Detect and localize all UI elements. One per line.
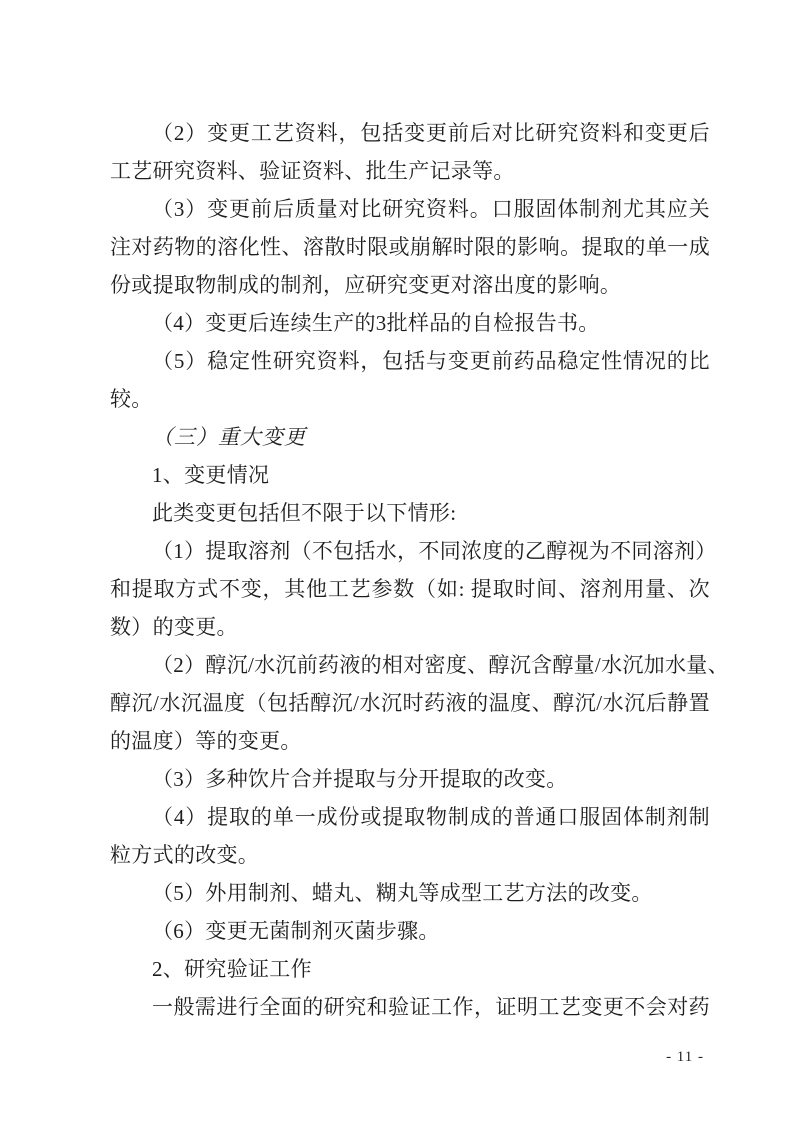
text-line: （1）提取溶剂（不包括水，不同浓度的乙醇视为不同溶剂） [110, 532, 710, 570]
text-line: 工艺研究资料、验证资料、批生产记录等。 [110, 152, 710, 190]
paragraph: （2）醇沉/水沉前药液的相对密度、醇沉含醇量/水沉加水量、醇沉/水沉温度（包括醇… [110, 646, 710, 760]
paragraph: 1、变更情况 [110, 456, 710, 494]
paragraph: （2）变更工艺资料，包括变更前后对比研究资料和变更后工艺研究资料、验证资料、批生… [110, 114, 710, 190]
paragraph: （4）提取的单一成份或提取物制成的普通口服固体制剂制粒方式的改变。 [110, 798, 710, 874]
section-heading: （三）重大变更 [110, 418, 710, 456]
text-line: 此类变更包括但不限于以下情形: [110, 494, 710, 532]
text-line: 注对药物的溶化性、溶散时限或崩解时限的影响。提取的单一成 [110, 228, 710, 266]
text-line: 1、变更情况 [110, 456, 710, 494]
text-line: （6）变更无菌制剂灭菌步骤。 [110, 912, 710, 950]
text-line: 粒方式的改变。 [110, 836, 710, 874]
paragraph: 一般需进行全面的研究和验证工作，证明工艺变更不会对药 [110, 988, 710, 1026]
page-number: - 11 - [666, 1047, 704, 1067]
paragraph: （3）变更前后质量对比研究资料。口服固体制剂尤其应关注对药物的溶化性、溶散时限或… [110, 190, 710, 304]
text-line: （3）多种饮片合并提取与分开提取的改变。 [110, 760, 710, 798]
document-body: （2）变更工艺资料，包括变更前后对比研究资料和变更后工艺研究资料、验证资料、批生… [110, 114, 710, 1026]
text-line: （5）外用制剂、蜡丸、糊丸等成型工艺方法的改变。 [110, 874, 710, 912]
paragraph: 2、研究验证工作 [110, 950, 710, 988]
paragraph: 此类变更包括但不限于以下情形: [110, 494, 710, 532]
text-line: （三）重大变更 [110, 418, 710, 456]
text-line: （3）变更前后质量对比研究资料。口服固体制剂尤其应关 [110, 190, 710, 228]
document-page: （2）变更工艺资料，包括变更前后对比研究资料和变更后工艺研究资料、验证资料、批生… [0, 0, 800, 1131]
paragraph: （4）变更后连续生产的3批样品的自检报告书。 [110, 304, 710, 342]
paragraph: （3）多种饮片合并提取与分开提取的改变。 [110, 760, 710, 798]
paragraph: （6）变更无菌制剂灭菌步骤。 [110, 912, 710, 950]
paragraph: （5）外用制剂、蜡丸、糊丸等成型工艺方法的改变。 [110, 874, 710, 912]
text-line: 醇沉/水沉温度（包括醇沉/水沉时药液的温度、醇沉/水沉后静置 [110, 684, 710, 722]
text-line: （4）提取的单一成份或提取物制成的普通口服固体制剂制 [110, 798, 710, 836]
paragraph: （1）提取溶剂（不包括水，不同浓度的乙醇视为不同溶剂）和提取方式不变，其他工艺参… [110, 532, 710, 646]
text-line: （2）变更工艺资料，包括变更前后对比研究资料和变更后 [110, 114, 710, 152]
text-line: （4）变更后连续生产的3批样品的自检报告书。 [110, 304, 710, 342]
text-line: 份或提取物制成的制剂，应研究变更对溶出度的影响。 [110, 266, 710, 304]
text-line: （2）醇沉/水沉前药液的相对密度、醇沉含醇量/水沉加水量、 [110, 646, 710, 684]
text-line: 数）的变更。 [110, 608, 710, 646]
text-line: 和提取方式不变，其他工艺参数（如: 提取时间、溶剂用量、次 [110, 570, 710, 608]
text-line: 的温度）等的变更。 [110, 722, 710, 760]
text-line: 2、研究验证工作 [110, 950, 710, 988]
text-line: 较。 [110, 380, 710, 418]
text-line: 一般需进行全面的研究和验证工作，证明工艺变更不会对药 [110, 988, 710, 1026]
text-line: （5）稳定性研究资料，包括与变更前药品稳定性情况的比 [110, 342, 710, 380]
paragraph: （5）稳定性研究资料，包括与变更前药品稳定性情况的比较。 [110, 342, 710, 418]
